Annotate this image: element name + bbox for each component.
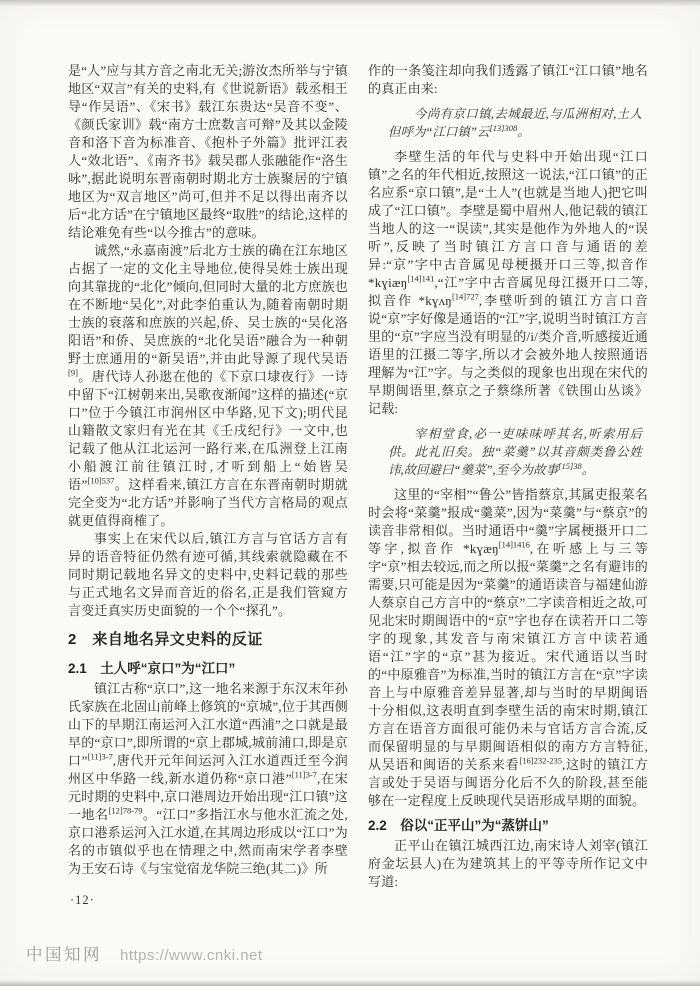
paragraph-continuation: 作的一条笺注却向我们透露了镇江“江口镇”地名的真正由来: [368,62,648,98]
paragraph: 这里的“宰相”“鲁公”皆指蔡京,其属吏报菜名时会将“菜羹”报成“羹菜”,因为“菜… [368,486,648,810]
scan-edge-bottom [0,980,700,986]
paragraph-continuation: 是“人”应与其方音之南北无关;游汝杰所举与宁镇地区“双言”有关的史料,有《世说新… [68,62,348,242]
right-column: 作的一条笺注却向我们透露了镇江“江口镇”地名的真正由来: 今尚有京口镇,去城最近… [368,62,648,891]
block-quote-1: 今尚有京口镇,去城最近,与瓜洲相对,土人但呼为“江口镇”云[13]308。 [388,105,642,141]
left-column: 是“人”应与其方音之南北无关;游汝杰所举与宁镇地区“双言”有关的史料,有《世说新… [68,62,348,891]
article-body: 是“人”应与其方音之南北无关;游汝杰所举与宁镇地区“双言”有关的史料,有《世说新… [68,62,648,891]
page-number: ·12· [70,893,95,908]
section-heading-2: 2 来自地名异文史料的反证 [68,628,348,649]
scan-edge-top [0,0,700,7]
cnki-url-text: https://www.cnki.net [120,947,263,964]
subsection-heading-2-2: 2.2 俗以“正平山”为“蒸饼山” [368,814,648,834]
paragraph: 事实上在宋代以后,镇江方言与官话方言有异的语音特征仍然有迹可循,其线索就隐藏在不… [68,530,348,620]
journal-page-scan: 是“人”应与其方音之南北无关;游汝杰所举与宁镇地区“双言”有关的史料,有《世说新… [0,0,700,986]
paragraph: 镇江古称“京口”,这一地名来源于东汉末年孙氏家族在北固山前峰上修筑的“京城”,位… [68,680,348,878]
cnki-brand-text: 中国知网 [26,946,102,964]
paragraph: 李壁生活的年代与史料中开始出现“江口镇”之名的年代相近,按照这一说法,“江口镇”… [368,148,648,418]
cnki-watermark: 中国知网https://www.cnki.net [26,941,263,965]
paragraph: 诚然,“永嘉南渡”后北方士族的确在江东地区占据了一定的文化主导地位,使得吴姓士族… [68,242,348,530]
block-quote-2: 宰相堂食,必一吏味味呼其名,听索用后供。此礼旧矣。独“菜羹”以其音颇类鲁公姓讳,… [388,425,642,479]
subsection-heading-2-1: 2.1 土人呼“京口”为“江口” [68,657,348,677]
paragraph: 正平山在镇江城西江边,南宋诗人刘宰(镇江府金坛县人)在为建筑其上的平等寺所作记文… [368,837,648,891]
